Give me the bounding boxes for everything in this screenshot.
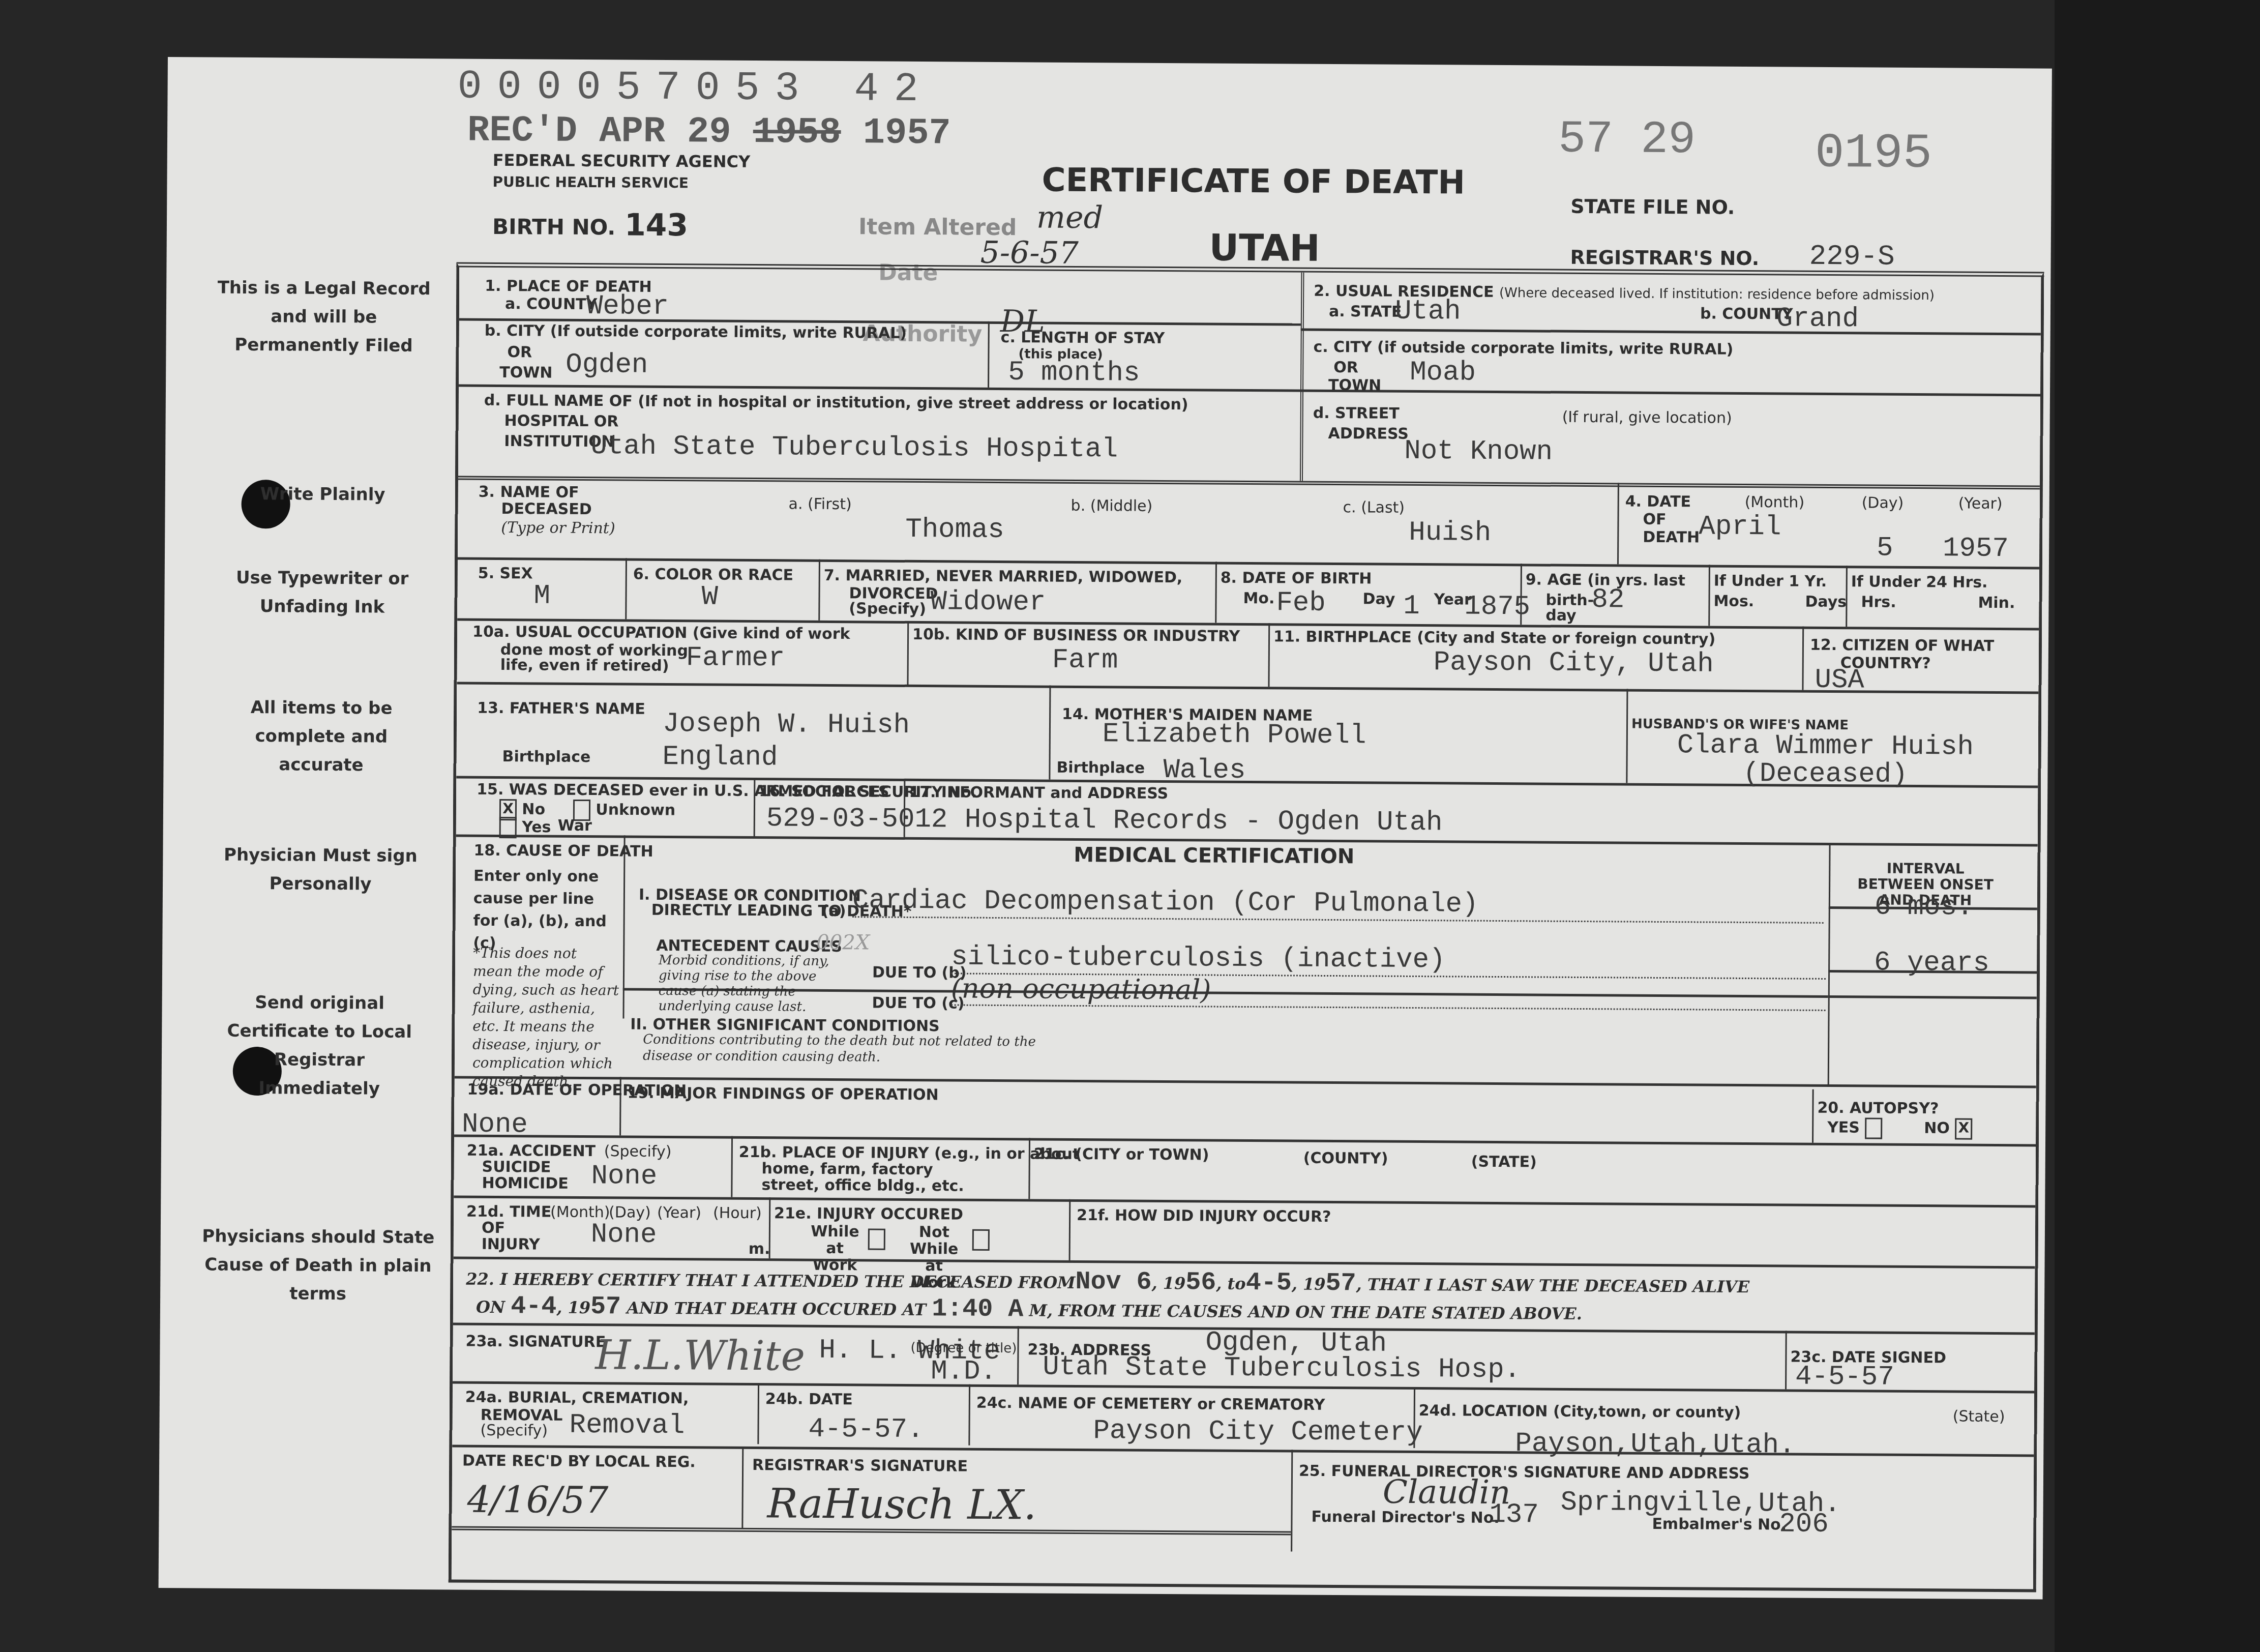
service-name: PUBLIC HEALTH SERVICE <box>492 173 689 191</box>
birthplace-label: 11. BIRTHPLACE (City and State or foreig… <box>1273 628 1715 647</box>
operation-findings-label: 19. MAJOR FINDINGS OF OPERATION <box>627 1085 938 1104</box>
registrar-no: 229-S <box>1809 240 1894 273</box>
serial-number: 000057053 42 <box>457 64 934 113</box>
injury-occurred-label: 21e. INJURY OCCURED <box>774 1205 963 1223</box>
specify-label: (Specify) <box>849 600 926 617</box>
birth-year-value: 1875 <box>1464 592 1530 623</box>
divider <box>622 836 625 1019</box>
signature-label: 23a. SIGNATURE <box>465 1333 606 1351</box>
deceased-label: DECEASED <box>501 500 591 518</box>
spouse-status-value: (Deceased) <box>1743 758 1908 790</box>
under-24-hours-label: If Under 24 Hrs. <box>1851 573 1988 591</box>
divider <box>757 1383 759 1444</box>
birth-no-label: BIRTH NO. <box>492 214 616 240</box>
last-seen-year: 57 <box>590 1292 621 1321</box>
occupation-label: 10a. USUAL OCCUPATION (Give kind of work <box>472 624 850 643</box>
residence-street-value: Not Known <box>1404 436 1553 468</box>
certificate-title: CERTIFICATE OF DEATH <box>1042 162 1465 202</box>
divider <box>454 1134 2036 1146</box>
of-label: OF <box>482 1220 505 1236</box>
death-certificate: 000057053 42 REC'D APR 29 1958 1957 FEDE… <box>159 57 2052 1600</box>
while-at-work-checkbox[interactable] <box>868 1228 885 1250</box>
cemetery-value: Payson City Cemetery <box>1093 1415 1422 1449</box>
minutes-label: Min. <box>1978 595 2015 611</box>
father-name-label: 13. FATHER'S NAME <box>477 700 645 718</box>
funeral-director-no-label: Funeral Director's No. <box>1311 1509 1499 1526</box>
hour-label: (Hour) <box>713 1205 762 1222</box>
state-name: UTAH <box>1209 226 1320 270</box>
stay-label: c. LENGTH OF STAY <box>1001 329 1165 347</box>
ssn-value: 529-03-5012 <box>766 803 948 835</box>
divider <box>1828 845 1831 1084</box>
burial-date-label: 24b. DATE <box>765 1391 853 1408</box>
injury-city-label: 21c. (CITY or TOWN) <box>1034 1145 1209 1163</box>
length-of-stay-value: 5 months <box>1008 357 1140 389</box>
m-label: m. <box>749 1241 770 1257</box>
year-label: (Year) <box>1958 495 2003 513</box>
informant-label: 17. INFORMANT and ADDRESS <box>909 784 1168 802</box>
autopsy-yes-checkbox[interactable] <box>1865 1117 1882 1139</box>
month-label: (Month) <box>1745 494 1805 511</box>
birth-day-value: 1 <box>1403 591 1420 622</box>
cemetery-label: 24c. NAME OF CEMETERY or CREMATORY <box>976 1395 1325 1413</box>
local-reg-date-label: DATE REC'D BY LOCAL REG. <box>462 1453 696 1471</box>
received-stamp: REC'D APR 29 1958 1957 <box>467 110 951 155</box>
mother-birthplace-label: Birthplace <box>1056 759 1145 777</box>
race-value: W <box>701 581 718 612</box>
state-file-label: STATE FILE NO. <box>1570 195 1735 219</box>
cemetery-state-label: (State) <box>1953 1408 2005 1425</box>
agency-name: FEDERAL SECURITY AGENCY <box>493 151 751 171</box>
divider <box>457 682 2038 694</box>
or-label: OR <box>507 344 532 361</box>
dob-label: 8. DATE OF BIRTH <box>1221 570 1372 587</box>
divider <box>1215 562 1217 623</box>
first-name-value: Thomas <box>905 514 1004 546</box>
divider <box>1300 273 1304 481</box>
divider <box>1301 329 2041 336</box>
medical-certification-title: MEDICAL CERTIFICATION <box>1074 843 1354 868</box>
registrar-no-label: REGISTRAR'S NO. <box>1570 246 1760 270</box>
divider <box>907 621 909 685</box>
divider <box>625 558 627 619</box>
middle-name-label: b. (Middle) <box>1071 497 1153 515</box>
divider <box>731 1136 733 1197</box>
degree-label: (Degree or title) <box>910 1341 1017 1356</box>
first-name-label: a. (First) <box>789 495 852 513</box>
last-seen-date: 4-4 <box>511 1292 556 1321</box>
cause-of-death-label: 18. CAUSE OF DEATH <box>473 842 653 860</box>
town-label: TOWN <box>499 364 552 381</box>
age-value: 82 <box>1591 584 1624 615</box>
last-name-label: c. (Last) <box>1343 499 1405 516</box>
birth-month-value: Feb <box>1276 587 1326 619</box>
divider <box>1708 565 1710 626</box>
war-label: War <box>558 817 592 834</box>
code-annotation: 002X <box>816 931 870 955</box>
divider <box>1802 627 1804 690</box>
name-label: 3. NAME OF <box>479 484 579 501</box>
state-file-stamp: 57 29 <box>1558 114 1696 167</box>
death-county-value: Weber <box>586 291 669 322</box>
accident-label: 21a. ACCIDENT <box>467 1142 596 1160</box>
physician-address: Utah State Tuberculosis Hosp. <box>1043 1352 1521 1386</box>
divider <box>968 1384 970 1445</box>
dob-month-label: Mo. <box>1243 590 1274 607</box>
father-birthplace-value: England <box>662 742 778 773</box>
item-altered-value: med <box>1036 199 1103 235</box>
street-note: (If rural, give location) <box>1562 409 1732 427</box>
interval-b-value: 6 years <box>1874 948 1989 979</box>
burial-date-value: 4-5-57. <box>808 1414 924 1445</box>
cause-c-value: (non occupational) <box>951 972 1826 1011</box>
day-label: (Day) <box>609 1204 651 1221</box>
other-conditions-note: Conditions contributing to the death but… <box>643 1031 1039 1067</box>
informant-value: Hospital Records - Ogden Utah <box>965 805 1443 839</box>
registrar-signature: RaHusch LX. <box>767 1480 1036 1528</box>
year-label: (Year) <box>657 1204 701 1222</box>
interval-a-value: 6 mos. <box>1875 892 1974 923</box>
city-label: b. CITY (If outside corporate limits, wr… <box>485 322 907 342</box>
citizenship-value: USA <box>1815 665 1864 696</box>
divider <box>1017 1326 1019 1384</box>
instruction-physician-sign: Physician Must sign Personally <box>214 841 428 899</box>
attended-from-year: 56 <box>1185 1268 1216 1297</box>
divider <box>1291 1450 1293 1552</box>
birth-no: 143 <box>625 207 689 243</box>
instruction-legal-record: This is a Legal Record and will be Perma… <box>217 274 431 361</box>
spouse-name-value: Clara Wimmer Huish <box>1677 730 1974 763</box>
divider <box>1268 623 1270 687</box>
instruction-send-original: Send original Certificate to Local Regis… <box>212 988 426 1104</box>
father-name-value: Joseph W. Huish <box>663 709 910 741</box>
instruction-complete: All items to be complete and accurate <box>214 693 428 780</box>
injury-county-label: (COUNTY) <box>1303 1150 1388 1167</box>
homicide-label: HOMICIDE <box>482 1175 568 1192</box>
divider <box>1049 686 1051 780</box>
injury-place-label-2: home, farm, factory <box>762 1160 933 1178</box>
residence-city-value: Moab <box>1410 357 1476 389</box>
residence-county-value: Grand <box>1776 303 1859 335</box>
race-label: 6. COLOR OR RACE <box>633 566 793 584</box>
sex-label: 5. SEX <box>478 565 533 582</box>
town-label: TOWN <box>1328 377 1381 394</box>
cause-instructions: Enter only one cause per line for (a), (… <box>473 865 616 956</box>
physician-signature: H.L.White <box>595 1331 805 1380</box>
autopsy-no-checkbox[interactable]: X <box>1955 1118 1972 1140</box>
marital-label: 7. MARRIED, NEVER MARRIED, WIDOWED, <box>824 567 1183 586</box>
divider <box>818 559 820 621</box>
res-city-label: c. CITY (if outside corporate limits, wr… <box>1313 339 1733 358</box>
struck-year: 1958 <box>753 111 841 154</box>
hours-label: Hrs. <box>1861 594 1896 610</box>
sex-value: M <box>533 580 550 611</box>
business-value: Farm <box>1052 645 1118 676</box>
suicide-label: SUICIDE <box>482 1159 551 1176</box>
divider <box>988 321 990 388</box>
injury-time-label: 21d. TIME <box>466 1203 551 1221</box>
age-day-label: day <box>1545 607 1577 624</box>
local-reg-date-value: 4/16/57 <box>467 1478 608 1522</box>
dob-day-label: Day <box>1362 591 1395 607</box>
attended-from-date: Nov 6 <box>1075 1267 1151 1297</box>
cemetery-location-label: 24d. LOCATION (City,town, or county) <box>1419 1402 1741 1421</box>
divider <box>1812 1089 1814 1143</box>
yes-checkbox[interactable] <box>499 817 517 838</box>
certificate-form: 1. PLACE OF DEATH a. COUNTY Weber b. CIT… <box>449 262 2044 1592</box>
citizen-label: 12. CITIZEN OF WHAT <box>1810 637 1994 655</box>
not-while-at-work-checkbox[interactable] <box>972 1229 990 1251</box>
hospital-value: Utah State Tuberculosis Hospital <box>590 431 1118 465</box>
injury-place-label-3: street, office bldg., etc. <box>761 1176 964 1194</box>
embalmer-no: 206 <box>1779 1509 1829 1540</box>
under-1-year-label: If Under 1 Yr. <box>1714 573 1827 590</box>
res-state-label: a. STATE <box>1329 303 1402 320</box>
cause-note: *This does not mean the mode of dying, s… <box>472 944 621 1091</box>
injury-label: INJURY <box>482 1236 540 1253</box>
embalmer-no-label: Embalmer's No. <box>1652 1516 1787 1533</box>
death-time: 1:40 A <box>932 1294 1023 1324</box>
how-injury-occurred-label: 21f. HOW DID INJURY OCCUR? <box>1077 1207 1331 1225</box>
mother-name-value: Elizabeth Powell <box>1103 719 1366 751</box>
dod-of-label: OF <box>1643 511 1666 528</box>
birthplace-value: Payson City, Utah <box>1434 647 1714 680</box>
county-label: a. COUNTY <box>505 296 597 313</box>
hospital-or-label: HOSPITAL OR <box>504 412 619 430</box>
autopsy-label: 20. AUTOPSY? <box>1817 1100 1939 1117</box>
marital-status-value: Widower <box>930 586 1046 618</box>
divider <box>1617 483 1619 564</box>
injury-state-label: (STATE) <box>1471 1154 1537 1171</box>
attended-to-date: 4-5 <box>1246 1268 1292 1298</box>
divider <box>1069 1199 1071 1260</box>
instruction-write-plainly: Write Plainly <box>216 480 430 510</box>
registrar-signature-label: REGISTRAR'S SIGNATURE <box>752 1457 968 1475</box>
burial-label: 24a. BURIAL, CREMATION, <box>465 1389 689 1407</box>
day-label: (Day) <box>1862 494 1904 512</box>
attended-to-year: 57 <box>1325 1269 1356 1298</box>
scan-border <box>2055 0 2260 1652</box>
dod-death-label: DEATH <box>1643 529 1700 546</box>
death-day-value: 5 <box>1877 533 1893 564</box>
hospital-label: d. FULL NAME OF (If not in hospital or i… <box>484 392 1188 413</box>
residence-state-value: Utah <box>1395 296 1461 328</box>
death-month-value: April <box>1699 511 1781 543</box>
address-label: ADDRESS <box>1328 425 1409 442</box>
occupation-value: Farmer <box>686 642 785 674</box>
divider <box>458 476 2040 490</box>
death-city-value: Ogden <box>566 349 648 381</box>
morbid-conditions-note: Morbid conditions, if any, giving rise t… <box>659 953 847 1015</box>
cause-a-value: Cardiac Decompensation (Cor Pulmonale) <box>852 885 1824 924</box>
cemetery-location-value: Payson,Utah,Utah. <box>1515 1428 1795 1461</box>
accident-value: None <box>591 1161 657 1192</box>
specify-label: (Specify) <box>604 1143 672 1160</box>
or-label: OR <box>1333 359 1358 376</box>
dod-label: 4. DATE <box>1625 493 1691 511</box>
divider <box>741 1447 744 1528</box>
state-file-number: 0195 <box>1815 126 1932 182</box>
divider <box>1828 995 2037 999</box>
autopsy-yes-option[interactable]: YES <box>1827 1117 1883 1139</box>
divider <box>1626 689 1628 783</box>
occupation-label-3: life, even if retired) <box>500 657 669 674</box>
physician-degree: M.D. <box>931 1356 997 1388</box>
funeral-director-no: 137 <box>1489 1499 1539 1531</box>
injury-time-value: None <box>591 1219 657 1251</box>
mother-birthplace-value: Wales <box>1163 755 1245 786</box>
autopsy-no-option[interactable]: NO X <box>1924 1118 1972 1140</box>
death-year-value: 1957 <box>1943 533 2009 565</box>
date-signed-value: 4-5-57 <box>1795 1362 1894 1393</box>
street-label: d. STREET <box>1313 405 1400 422</box>
months-label: Mos. <box>1713 593 1754 610</box>
days-label: Days <box>1805 594 1847 610</box>
disposition-value: Removal <box>569 1410 685 1441</box>
type-print-note: (Type or Print) <box>501 519 615 537</box>
instruction-cause-of-death: Physicians should State Cause of Death i… <box>201 1222 435 1309</box>
cause-a-marker: (a) <box>822 903 846 920</box>
divider <box>1785 1331 1787 1389</box>
father-birthplace-label: Birthplace <box>502 748 591 765</box>
business-label: 10b. KIND OF BUSINESS OR INDUSTRY <box>912 626 1240 645</box>
month-label: (Month) <box>550 1204 610 1221</box>
last-name-value: Huish <box>1409 517 1491 549</box>
funeral-director-label: 25. FUNERAL DIRECTOR'S SIGNATURE AND ADD… <box>1299 1463 1749 1482</box>
instruction-typewriter: Use Typewriter or Unfading Ink <box>215 564 429 622</box>
armed-forces-yes-option[interactable]: Yes <box>499 817 551 839</box>
specify-label: (Specify) <box>480 1422 548 1439</box>
